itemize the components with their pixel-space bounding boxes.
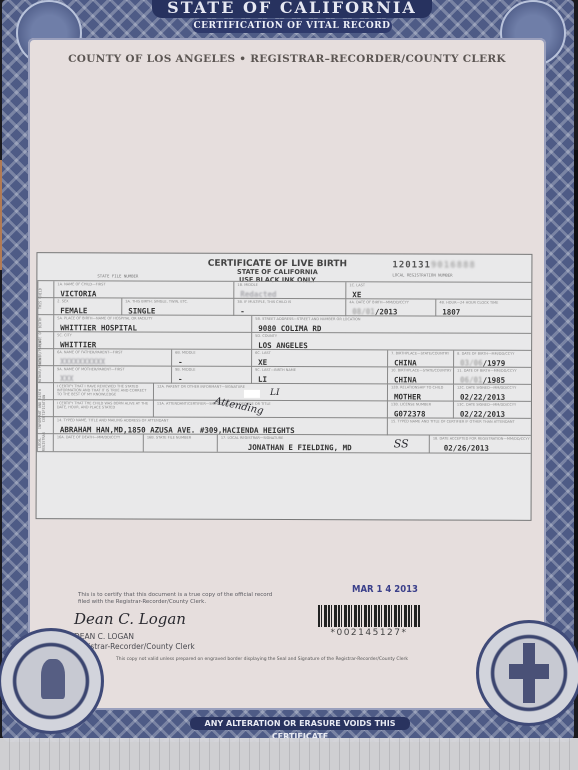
barcode-number: *002145127* [318, 628, 420, 638]
field-label: 5C. CITY [57, 333, 72, 337]
barcode-icon [318, 605, 420, 627]
certify-statement: I CERTIFY THAT THE CHILD WAS BORN ALIVE … [57, 401, 151, 409]
sex-field: 2. SEX FEMALE [53, 298, 121, 315]
field-label: 16B. STATE FILE NUMBER [147, 436, 191, 440]
father-middle-field: 6B. MIDDLE - [171, 350, 251, 367]
field-label: 11. DATE OF BIRTH—MM/DD/CCYY [457, 369, 517, 373]
issue-date-stamp: MAR 1 4 2013 [352, 584, 418, 595]
father-dob-field: 8. DATE OF BIRTH—MM/DD/CCYY 03/06/1979 [453, 351, 531, 368]
field-label: 12C. DATE SIGNED—MM/DD/CCYY [457, 386, 516, 390]
field-label: 2. SEX [57, 299, 68, 303]
father-birthplace-field: 7. BIRTHPLACE—STATE/COUNTRY CHINA [387, 350, 453, 367]
birth-order-field: 3B. IF MULTIPLE, THIS CHILD IS - [233, 299, 345, 316]
city-field: 5C. CITY WHITTIER [53, 332, 251, 350]
field-label: 6A. NAME OF FATHER/PARENT—FIRST [57, 350, 122, 354]
field-label: 9B. MIDDLE [175, 368, 195, 372]
registrar-row: LOCAL REGISTRAR 16A. DATE OF DEATH—MM/DD… [37, 433, 531, 454]
field-label: 6B. MIDDLE [175, 351, 195, 355]
birth-type-field: 3A. THIS BIRTH: SINGLE, TWIN, ETC. SINGL… [121, 298, 233, 315]
field-label: 1C. LAST [349, 283, 365, 287]
informant-signature: LI [270, 388, 280, 398]
registrar-name: JONATHAN E FIELDING, MD [248, 443, 352, 452]
mother-first-field: 9A. NAME OF MOTHER/PARENT—FIRST XXX [53, 366, 171, 383]
field-label: 3A. THIS BIRTH: SINGLE, TWIN, ETC. [125, 299, 188, 303]
field-label: 15. TYPED NAME AND TITLE OF CERTIFIER IF… [391, 419, 515, 423]
attendant-date-field: 13C. DATE SIGNED—MM/DD/CCYY 02/22/2013 [453, 402, 531, 419]
registrar-initials: SS [394, 437, 409, 450]
field-label: 9C. LAST—BIRTH NAME [255, 368, 296, 372]
other-certifier-field: 15. TYPED NAME AND TITLE OF CERTIFIER IF… [387, 418, 531, 436]
child-dob-field: 4A. DATE OF BIRTH—MM/DD/CCYY 08/01/2013 [345, 299, 435, 316]
field-label: 5A. PLACE OF BIRTH—NAME OF HOSPITAL OR F… [57, 316, 152, 320]
validity-footnote: This copy not valid unless prepared on e… [97, 657, 427, 662]
registration-number-label: LOCAL REGISTRATION NUMBER [392, 272, 452, 277]
birth-certificate: STATE OF CALIFORNIA CERTIFICATION OF VIT… [2, 0, 574, 742]
los-angeles-county-seal-icon: SEAL OF THE COUNTY OF LOS ANGELES [476, 620, 578, 726]
county-line: COUNTY OF LOS ANGELES • REGISTRAR–RECORD… [28, 53, 546, 65]
plastic-sleeve [0, 738, 578, 770]
mother-last-field: 9C. LAST—BIRTH NAME LI [251, 367, 387, 384]
field-label: 4B. HOUR—24 HOUR CLOCK TIME [439, 301, 498, 305]
field-label: 13B. LICENSE NUMBER [391, 402, 431, 406]
relationship-field: 12B. RELATIONSHIP TO CHILD MOTHER [387, 384, 453, 401]
field-label: 6C. LAST [255, 351, 271, 355]
informant-certify-text: I CERTIFY THAT I HAVE REVIEWED THE STATE… [53, 383, 153, 400]
state-file-number-label: STATE FILE NUMBER [97, 273, 138, 278]
child-last-name-field: 1C. LAST XE [345, 282, 531, 300]
field-label: 1B. MIDDLE [237, 283, 257, 287]
seal-cross-icon [509, 643, 549, 703]
accepted-date-field: 18. DATE ACCEPTED FOR REGISTRATION—MM/DD… [429, 436, 531, 453]
license-field: 13B. LICENSE NUMBER G072378 [387, 401, 453, 418]
registration-number-visible: 120131 [392, 260, 431, 270]
section-label-registrar: LOCAL REGISTRAR [37, 434, 53, 451]
field-label: 10. BIRTHPLACE—STATE/COUNTRY [391, 368, 451, 372]
field-label: 7. BIRTHPLACE—STATE/COUNTRY [391, 351, 449, 355]
seal-figure-icon [41, 659, 65, 699]
facility-field: 5A. PLACE OF BIRTH—NAME OF HOSPITAL OR F… [53, 315, 251, 333]
alteration-warning-banner: ANY ALTERATION OR ERASURE VOIDS THIS CER… [190, 717, 410, 730]
birth-hour-field: 4B. HOUR—24 HOUR CLOCK TIME 1807 [435, 300, 531, 317]
state-banner: STATE OF CALIFORNIA [152, 0, 432, 18]
redaction-box [244, 390, 260, 398]
informant-date-field: 12C. DATE SIGNED—MM/DD/CCYY 02/22/2013 [453, 385, 531, 402]
child-first-name-field: 1A. NAME OF CHILD—FIRST VICTORIA [53, 281, 233, 299]
field-label: 16A. DATE OF DEATH—MM/DD/CCYY [57, 435, 120, 439]
california-state-seal-icon: GREAT SEAL OF THE STATE OF CALIFORNIA — … [0, 628, 104, 734]
certification-subtitle: CERTIFICATION OF VITAL RECORD [192, 19, 392, 33]
attendant-certify-text: I CERTIFY THAT THE CHILD WAS BORN ALIVE … [53, 400, 153, 417]
field-label: 3B. IF MULTIPLE, THIS CHILD IS [237, 300, 291, 304]
field-label: 5B. STREET ADDRESS—STREET AND NUMBER OR … [255, 317, 360, 321]
field-label: 13C. DATE SIGNED—MM/DD/CCYY [457, 403, 516, 407]
field-label: 17. LOCAL REGISTRAR—SIGNATURE [221, 436, 284, 440]
father-last-field: 6C. LAST XE [251, 350, 387, 367]
mother-middle-field: 9B. MIDDLE - [171, 367, 251, 384]
certification-statement: This is to certify that this document is… [78, 592, 278, 606]
accepted-date: 02/26/2013 [444, 444, 489, 453]
child-middle-name-field: 1B. MIDDLE Redacted [233, 282, 345, 299]
field-label: 4A. DATE OF BIRTH—MM/DD/CCYY [349, 300, 409, 304]
certify-statement: I CERTIFY THAT I HAVE REVIEWED THE STATE… [57, 384, 151, 396]
field-label: 14. TYPED NAME, TITLE AND MAILING ADDRES… [57, 418, 169, 422]
registrar-field: 17. LOCAL REGISTRAR—SIGNATURE JONATHAN E… [217, 435, 429, 453]
mother-dob-field: 11. DATE OF BIRTH—MM/DD/CCYY 06/01/1985 [453, 368, 531, 385]
state-file-field: 16B. STATE FILE NUMBER [143, 435, 217, 452]
field-label: 9A. NAME OF MOTHER/PARENT—FIRST [57, 367, 124, 371]
registration-number: 1201319016888 [392, 260, 475, 270]
clerk-signature: Dean C. Logan [74, 610, 186, 628]
field-label: 8. DATE OF BIRTH—MM/DD/CCYY [457, 352, 514, 356]
field-label: 5D. COUNTY [255, 334, 277, 338]
death-date-field: 16A. DATE OF DEATH—MM/DD/CCYY [53, 434, 143, 451]
field-label: 12B. RELATIONSHIP TO CHILD [391, 385, 443, 389]
field-label: 1A. NAME OF CHILD—FIRST [57, 282, 105, 286]
mother-birthplace-field: 10. BIRTHPLACE—STATE/COUNTRY CHINA [387, 367, 453, 384]
registration-number-redacted: 9016888 [431, 261, 476, 271]
live-birth-form: STATE FILE NUMBER CERTIFICATE OF LIVE BI… [36, 252, 533, 521]
father-first-field: 6A. NAME OF FATHER/PARENT—FIRST XXXXXXXX… [53, 349, 171, 366]
field-label: 12A. PARENT OR OTHER INFORMANT—SIGNATURE [157, 385, 245, 389]
field-label: 18. DATE ACCEPTED FOR REGISTRATION—MM/DD… [433, 437, 530, 441]
section-label-mother: MOTHER/PARENT [37, 366, 53, 383]
